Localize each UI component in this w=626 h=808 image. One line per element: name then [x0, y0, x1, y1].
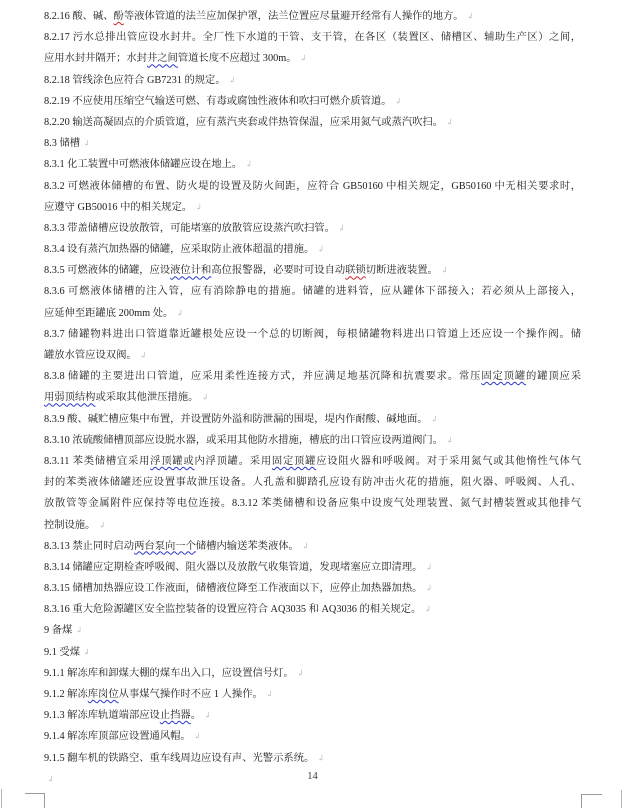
text-boundary-mark-left	[44, 793, 45, 808]
paragraph-mark-icon: ↲	[317, 244, 324, 254]
text-line: 9.1.3 解冻库轨道端部应设止挡器。↲	[44, 705, 581, 726]
text-line: 8.3.2 可燃液体储槽的布置、防火堤的设置及防火间距，应符合 GB50160 …	[44, 176, 581, 197]
document-page: 8.2.16 酸、碱、酚等液体管道的法兰应加保护罩，法兰位置应尽量避开经常有人操…	[0, 0, 626, 808]
text-run: 储槽内输送苯类液体。	[196, 541, 299, 552]
paragraph-mark-icon: ↲	[317, 753, 324, 763]
paragraph-mark-icon: ↲	[446, 435, 453, 445]
paragraph-mark-icon: ↲	[441, 265, 448, 275]
text-run: 封的苯类液体储罐还应设置事故泄压设备。人孔盖和脚踏孔应设有防冲击火花的措施，阻火…	[44, 477, 581, 488]
text-run: 应设阻火器和呼吸阀。对于采用氮气或其他惰性气体气	[316, 456, 581, 467]
text-run: 8.2.18 管线涂色应符合 GB7231 的规定。	[44, 75, 226, 86]
text-line: 8.3.11 苯类储槽宜采用浮顶罐或内浮顶罐。采用固定顶罐应设阻火器和呼吸阀。对…	[44, 451, 581, 472]
text-run: 高位报警器，必要时可设自动	[211, 265, 345, 276]
text-run: 8.3.6 可燃液体储槽的注入管，应有消除静电的措施。储罐的进料管，应从罐体下部…	[44, 286, 581, 297]
text-line: 8.3.10 浓硫酸储槽顶部应设脱水器，或采用其他防水措施，槽底的出口管应设两道…	[44, 430, 581, 451]
paragraph-mark-icon: ↲	[201, 392, 208, 402]
paragraph-mark-icon: ↲	[194, 731, 201, 741]
page-edge-line-right	[621, 790, 622, 808]
paragraph-mark-icon: ↲	[245, 159, 252, 169]
spellcheck-blue-squiggle: 用弱顶结构	[44, 392, 95, 403]
spellcheck-blue-squiggle: 库岗位	[88, 689, 119, 700]
spellcheck-blue-squiggle: 井之间	[147, 53, 178, 64]
paragraph-mark-icon: ↲	[98, 520, 105, 530]
text-run: 8.3.14 储罐应定期检查呼吸阀、阻火器以及放散气收集管道，发现堵塞应立即清理…	[44, 562, 422, 573]
text-line: 9.1.5 翻车机的铁路空、重车线周边应设有声、光警示系统。↲	[44, 748, 581, 769]
text-run: 罐放水管应设双阀。	[44, 350, 137, 361]
paragraph-mark-icon: ↲	[195, 202, 202, 212]
text-run: 切断进液装置。	[366, 265, 438, 276]
text-run: 8.3.8 储罐的主要进出口管道，应采用柔性连接方式，并应满足地基沉降和抗震要求…	[44, 371, 481, 382]
text-line: 8.3.1 化工装置中可燃液体储罐应设在地上。↲	[44, 154, 581, 175]
text-run: 8.3.3 带盖储槽应设放散管，可能堵塞的放散管应设蒸汽吹扫管。	[44, 223, 335, 234]
text-run: 9.1.4 解冻库顶部应设置通风帽。	[44, 731, 191, 742]
text-run: 或采取其他泄压措施。	[95, 392, 198, 403]
text-run: 应用水封井隔开；水封	[44, 53, 147, 64]
text-line: 8.3.6 可燃液体储槽的注入管，应有消除静电的措施。储罐的进料管，应从罐体下部…	[44, 281, 581, 302]
text-line: 封的苯类液体储罐还应设置事故泄压设备。人孔盖和脚踏孔应设有防冲击火花的措施，阻火…	[44, 472, 581, 493]
paragraph-mark-icon: ↲	[425, 583, 432, 593]
text-line: 放散管等金属附件应保持等电位连接。8.3.12 苯类储槽和设备应集中设废气处理装…	[44, 493, 581, 514]
paragraph-mark-icon: ↲	[176, 308, 183, 318]
text-line: 8.3.5 可燃液体的储罐，应设液位计和高位报警器，必要时可设自动联锁切断进液装…	[44, 260, 581, 281]
text-run: 等液体管道的法兰应加保护罩，法兰位置应尽量避开经常有人操作的地方。	[124, 11, 464, 22]
text-line: 控制设施。↲	[44, 515, 581, 536]
paragraph-mark-icon: ↲	[297, 668, 304, 678]
text-line: 9.1 受煤↲	[44, 642, 581, 663]
text-line: 9 备煤↲	[44, 620, 581, 641]
spellcheck-blue-squiggle: 止挡器	[160, 710, 191, 721]
text-run: 8.3.7 储罐物料进出口管道靠近罐根处应设一个总的切断阀，每根储罐物料进出口管…	[44, 329, 581, 340]
text-line: 8.3.4 设有蒸汽加热器的储罐，应采取防止液体超温的措施。↲	[44, 239, 581, 260]
text-line: 8.2.18 管线涂色应符合 GB7231 的规定。↲	[44, 70, 581, 91]
text-line: 9.1.2 解冻库岗位从事煤气操作时不应 1 人操作。↲	[44, 684, 581, 705]
text-line: 应遵守 GB50016 中的相关规定。↲	[44, 197, 581, 218]
text-boundary-mark-right	[581, 794, 582, 808]
text-line: 8.3.14 储罐应定期检查呼吸阀、阻火器以及放散气收集管道，发现堵塞应立即清理…	[44, 557, 581, 578]
paragraph-mark-icon: ↲	[75, 625, 82, 635]
text-line: 8.3 储槽↲	[44, 133, 581, 154]
text-line: 用弱顶结构或采取其他泄压措施。↲	[44, 387, 581, 408]
text-line: 8.3.7 储罐物料进出口管道靠近罐根处应设一个总的切断阀，每根储罐物料进出口管…	[44, 324, 581, 345]
document-text-block: 8.2.16 酸、碱、酚等液体管道的法兰应加保护罩，法兰位置应尽量避开经常有人操…	[44, 6, 581, 790]
text-run: 8.2.16 酸、碱、	[44, 11, 114, 22]
paragraph-mark-icon: ↲	[83, 647, 90, 657]
text-line: 8.2.16 酸、碱、酚等液体管道的法兰应加保护罩，法兰位置应尽量避开经常有人操…	[44, 6, 581, 27]
text-run: 控制设施。	[44, 520, 95, 531]
spellcheck-blue-squiggle: 固定顶罐	[272, 456, 316, 467]
text-line: 8.2.20 输送高凝固点的介质管道，应有蒸汽夹套或伴热管保温，应采用氮气或蒸汽…	[44, 112, 581, 133]
text-line: 9.1.1 解冻库和卸煤大棚的煤车出入口，应设置信号灯。↲	[44, 663, 581, 684]
text-line: 罐放水管应设双阀。↲	[44, 345, 581, 366]
text-run: 9.1.5 翻车机的铁路空、重车线周边应设有声、光警示系统。	[44, 753, 314, 764]
paragraph-mark-icon: ↲	[302, 541, 309, 551]
text-line: 8.2.17 污水总排出管应设水封井。全厂性下水道的干管、支干管，在各区（装置区…	[44, 27, 581, 48]
text-run: 8.3.1 化工装置中可燃液体储罐应设在地上。	[44, 159, 242, 170]
text-line: 8.3.9 酸、碱贮槽应集中布置，并设置防外溢和防泄漏的围堤，堤内作耐酸、碱地面…	[44, 409, 581, 430]
text-run: 管道长度不应超过 300m。	[178, 53, 297, 64]
text-run: 。	[191, 710, 201, 721]
text-run: 9.1.2 解冻	[44, 689, 88, 700]
paragraph-mark-icon: ↲	[300, 53, 307, 63]
text-line: 应用水封井隔开；水封井之间管道长度不应超过 300m。↲	[44, 48, 581, 69]
spellcheck-blue-squiggle: 液位计和	[170, 265, 211, 276]
paragraph-mark-icon: ↲	[204, 710, 211, 720]
page-edge-line-left	[1, 789, 2, 808]
text-run: 8.3.13 禁止同时启动	[44, 541, 134, 552]
text-run: 放散管等金属附件应保持等电位连接。8.3.12 苯类储槽和设备应集中设废气处理装…	[44, 498, 581, 509]
spellcheck-blue-squiggle: 两台泵向一个	[134, 541, 196, 552]
paragraph-mark-icon: ↲	[140, 350, 147, 360]
page-number: 14	[44, 771, 581, 782]
text-line: 应延伸至距罐底 200mm 处。↲	[44, 303, 581, 324]
text-run: 8.3.9 酸、碱贮槽应集中布置，并设置防外溢和防泄漏的围堤，堤内作耐酸、碱地面…	[44, 414, 428, 425]
text-run: 8.2.17 污水总排出管应设水封井。全厂性下水道的干管、支干管，在各区（装置区…	[44, 32, 581, 43]
paragraph-mark-icon: ↲	[395, 96, 402, 106]
paragraph-mark-icon: ↲	[467, 11, 474, 21]
paragraph-mark-icon: ↲	[338, 223, 345, 233]
text-line: 8.3.16 重大危险源罐区安全监控装备的设置应符合 AQ3035 和 AQ30…	[44, 599, 581, 620]
text-run: 8.3.5 可燃液体的储罐，应设	[44, 265, 170, 276]
text-run: 应延伸至距罐底 200mm 处。	[44, 308, 173, 319]
text-run: 8.3.4 设有蒸汽加热器的储罐，应采取防止液体超温的措施。	[44, 244, 314, 255]
text-run: 9.1 受煤	[44, 647, 80, 658]
spellcheck-red-squiggle: 联锁	[345, 265, 366, 276]
paragraph-mark-icon: ↲	[424, 604, 431, 614]
spellcheck-blue-squiggle: 浮顶罐或	[150, 456, 194, 467]
text-run: 8.3.10 浓硫酸储槽顶部应设脱水器，或采用其他防水措施，槽底的出口管应设两道…	[44, 435, 443, 446]
paragraph-mark-icon: ↲	[446, 117, 453, 127]
spellcheck-blue-squiggle: 固定顶罐	[481, 371, 526, 382]
text-run: 9.1.3 解冻库轨道端部应设	[44, 710, 160, 721]
spellcheck-red-squiggle: 酚	[114, 11, 124, 22]
text-line: 8.2.19 不应使用压缩空气输送可燃、有毒或腐蚀性液体和吹扫可燃介质管道。↲	[44, 91, 581, 112]
paragraph-mark-icon: ↲	[229, 75, 236, 85]
text-run: 8.3 储槽	[44, 138, 80, 149]
paragraph-mark-icon: ↲	[83, 138, 90, 148]
text-run: 8.2.20 输送高凝固点的介质管道，应有蒸汽夹套或伴热管保温，应采用氮气或蒸汽…	[44, 117, 443, 128]
text-run: 8.3.16 重大危险源罐区安全监控装备的设置应符合 AQ3035 和 AQ30…	[44, 604, 421, 615]
paragraph-mark-icon: ↲	[266, 689, 273, 699]
text-boundary-mark-right	[581, 794, 602, 795]
text-run: 从事煤气操作时不应 1 人操作。	[119, 689, 263, 700]
text-run: 8.3.2 可燃液体储槽的布置、防火堤的设置及防火间距，应符合 GB50160 …	[44, 181, 581, 192]
paragraph-mark-icon: ↲	[431, 414, 438, 424]
text-boundary-mark-left	[25, 793, 45, 794]
text-run: 内浮顶罐。采用	[194, 456, 271, 467]
text-run: 9.1.1 解冻库和卸煤大棚的煤车出入口，应设置信号灯。	[44, 668, 294, 679]
paragraph-mark-icon: ↲	[425, 562, 432, 572]
text-run: 9 备煤	[44, 625, 72, 636]
text-line: 8.3.13 禁止同时启动两台泵向一个储槽内输送苯类液体。↲	[44, 536, 581, 557]
text-run: 8.3.11 苯类储槽宜采用	[44, 456, 150, 467]
text-line: 8.3.8 储罐的主要进出口管道，应采用柔性连接方式，并应满足地基沉降和抗震要求…	[44, 366, 581, 387]
text-run: 8.3.15 储槽加热器应设工作液面，储槽液位降至工作液面以下，应停止加热器加热…	[44, 583, 422, 594]
text-run: 8.2.19 不应使用压缩空气输送可燃、有毒或腐蚀性液体和吹扫可燃介质管道。	[44, 96, 392, 107]
text-line: 8.3.3 带盖储槽应设放散管，可能堵塞的放散管应设蒸汽吹扫管。↲	[44, 218, 581, 239]
text-line: 9.1.4 解冻库顶部应设置通风帽。↲	[44, 726, 581, 747]
text-run: 的罐顶应采	[526, 371, 581, 382]
text-line: 8.3.15 储槽加热器应设工作液面，储槽液位降至工作液面以下，应停止加热器加热…	[44, 578, 581, 599]
text-run: 应遵守 GB50016 中的相关规定。	[44, 202, 192, 213]
